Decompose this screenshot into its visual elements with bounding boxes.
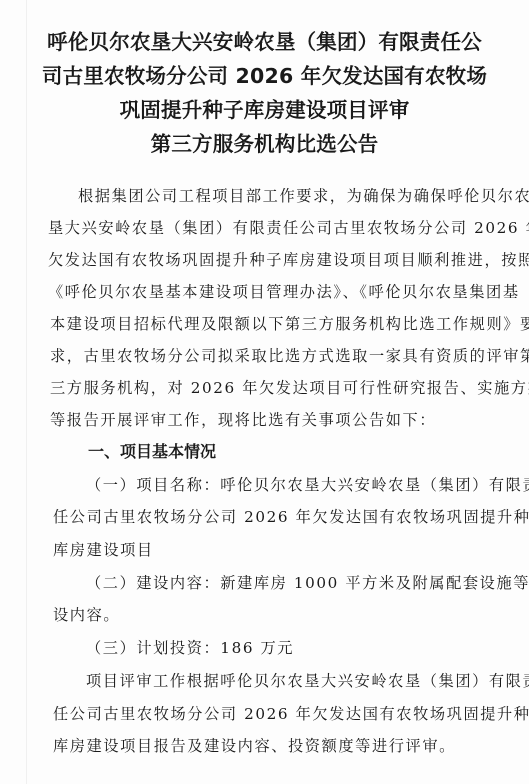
item1-line-3: 库房建设项目 bbox=[53, 539, 154, 560]
intro-line-8: 等报告开展评审工作，现将比选有关事项公告如下： bbox=[50, 409, 436, 430]
review-line-3: 库房建设项目报告及建设内容、投资额度等进行评审。 bbox=[53, 735, 456, 756]
review-line-1: 项目评审工作根据呼伦贝尔农垦大兴安岭农垦（集团）有限责 bbox=[86, 670, 529, 691]
intro-line-2: 垦大兴安岭农垦（集团）有限责任公司古里农牧场分公司 2026 年 bbox=[48, 217, 529, 238]
title-line-1: 呼伦贝尔农垦大兴安岭农垦（集团）有限责任公 bbox=[0, 25, 529, 59]
review-line-2: 任公司古里农牧场分公司 2026 年欠发达国有农牧场巩固提升种子 bbox=[53, 703, 529, 724]
intro-line-4: 《呼伦贝尔农垦基本建设项目管理办法》、《呼伦贝尔农垦集团基 bbox=[48, 281, 520, 302]
document-title: 呼伦贝尔农垦大兴安岭农垦（集团）有限责任公 司古里农牧场分公司 2026 年欠发… bbox=[0, 25, 529, 161]
title-line-2: 司古里农牧场分公司 2026 年欠发达国有农牧场 bbox=[0, 59, 529, 93]
intro-line-7: 三方服务机构，对 2026 年欠发达项目可行性研究报告、实施方案 bbox=[50, 377, 529, 398]
item2-line-2: 设内容。 bbox=[53, 604, 120, 625]
intro-line-6: 求，古里农牧场分公司拟采取比选方式选取一家具有资质的评审第 bbox=[50, 345, 529, 366]
item1-line-2: 任公司古里农牧场分公司 2026 年欠发达国有农牧场巩固提升种子 bbox=[53, 506, 529, 527]
intro-line-3: 欠发达国有农牧场巩固提升种子库房建设项目项目顺利推进，按照 bbox=[48, 249, 529, 270]
item1-line-1: （一）项目名称：呼伦贝尔农垦大兴安岭农垦（集团）有限责 bbox=[86, 474, 529, 495]
intro-line-1: 根据集团公司工程项目部工作要求，为确保为确保呼伦贝尔农 bbox=[78, 185, 529, 206]
item-3-planned-investment: （三）计划投资：186 万元 bbox=[86, 637, 294, 658]
section-1-heading: 一、项目基本情况 bbox=[88, 439, 216, 462]
title-line-4: 第三方服务机构比选公告 bbox=[0, 127, 529, 161]
intro-line-5: 本建设项目招标代理及限额以下第三方服务机构比选工作规则》要 bbox=[50, 313, 529, 334]
title-line-3: 巩固提升种子库房建设项目评审 bbox=[0, 93, 529, 127]
item2-line-1: （二）建设内容：新建库房 1000 平方米及附属配套设施等建 bbox=[86, 572, 529, 593]
